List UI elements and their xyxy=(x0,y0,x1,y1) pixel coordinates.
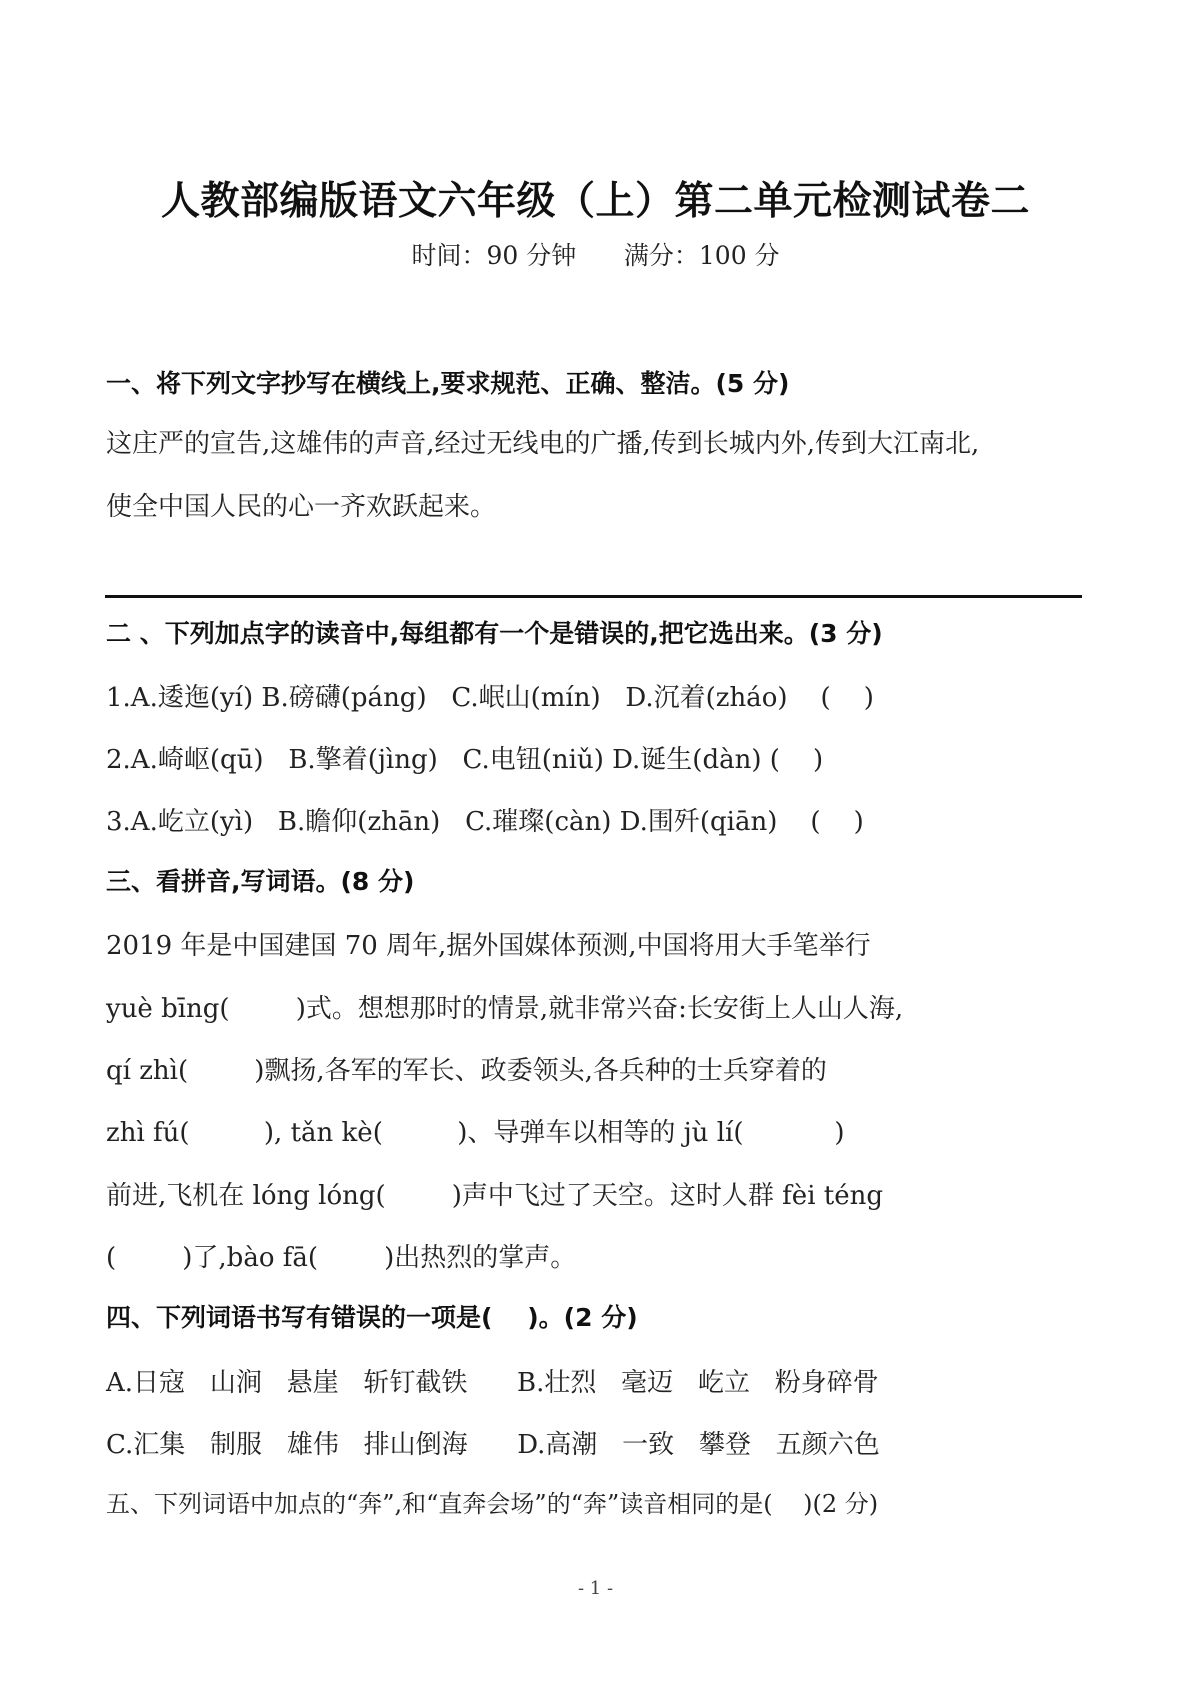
section3-line: 2019 年是中国建国 70 周年,据外国媒体预测,中国将用大手笔举行 xyxy=(106,925,871,962)
section3-line: zhì fú( ), tǎn kè( )、导弹车以相等的 jù lí( ) xyxy=(106,1112,845,1149)
section4-option: A.日寇 山涧 悬崖 斩钉截铁 B.壮烈 毫迈 屹立 粉身碎骨 xyxy=(106,1362,879,1399)
section2-heading: 二 、下列加点字的读音中,每组都有一个是错误的,把它选出来。(3 分) xyxy=(106,614,883,650)
copy-writing-line[interactable] xyxy=(105,595,1082,598)
page-title: 人教部编版语文六年级（上）第二单元检测试卷二 xyxy=(0,170,1191,226)
section1-heading: 一、将下列文字抄写在横线上,要求规范、正确、整洁。(5 分) xyxy=(106,364,789,400)
section4-heading: 四、下列词语书写有错误的一项是( )。(2 分) xyxy=(106,1298,638,1334)
section4-option: C.汇集 制服 雄伟 排山倒海 D.高潮 一致 攀登 五颜六色 xyxy=(106,1424,880,1461)
section5-heading: 五、下列词语中加点的“奔”,和“直奔会场”的“奔”读音相同的是( )(2 分) xyxy=(106,1484,878,1519)
exam-info: 时间：90 分钟 满分：100 分 xyxy=(0,236,1191,272)
section3-line: 前进,飞机在 lóng lóng( )声中飞过了天空。这时人群 fèi téng xyxy=(106,1175,883,1212)
section1-line: 使全中国人民的心一齐欢跃起来。 xyxy=(106,486,496,523)
section2-item: 3.A.屹立(yì) B.瞻仰(zhān) C.璀璨(càn) D.围歼(qiā… xyxy=(106,801,864,838)
section1-line: 这庄严的宣告,这雄伟的声音,经过无线电的广播,传到长城内外,传到大江南北, xyxy=(106,423,979,460)
section3-heading: 三、看拼音,写词语。(8 分) xyxy=(106,862,414,898)
page-number: - 1 - xyxy=(0,1578,1191,1599)
section2-item: 1.A.逶迤(yí) B.磅礴(páng) C.岷山(mín) D.沉着(zhá… xyxy=(106,677,874,714)
section3-line: yuè bīng( )式。想想那时的情景,就非常兴奋:长安街上人山人海, xyxy=(106,988,903,1025)
section3-line: qí zhì( )飘扬,各军的军长、政委领头,各兵种的士兵穿着的 xyxy=(106,1050,827,1087)
section2-item: 2.A.崎岖(qū) B.擎着(jìng) C.电钮(niǔ) D.诞生(dàn… xyxy=(106,739,823,776)
section3-line: ( )了,bào fā( )出热烈的掌声。 xyxy=(106,1237,576,1274)
